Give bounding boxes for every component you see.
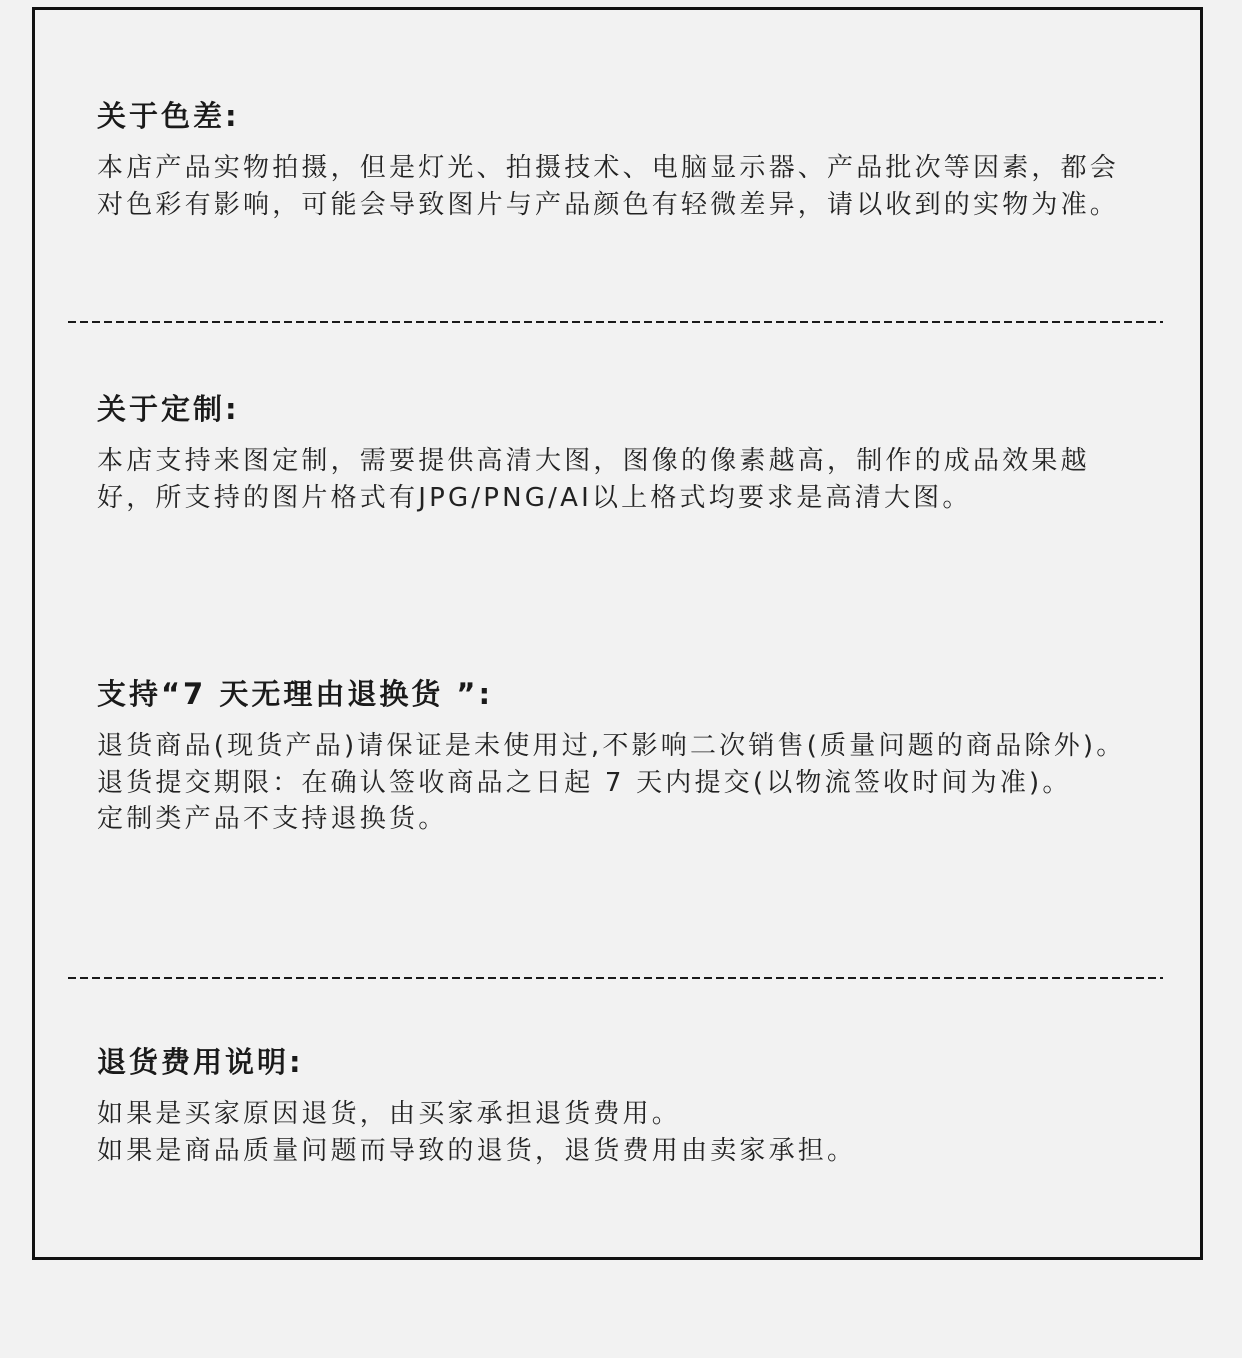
section-body: 如果是买家原因退货，由买家承担退货费用。 如果是商品质量问题而导致的退货，退货费… (97, 1096, 1137, 1169)
paragraph: 本店产品实物拍摄，但是灯光、拍摄技术、电脑显示器、产品批次等因素，都会对色彩有影… (97, 150, 1137, 223)
section-heading: 退货费用说明: (97, 1044, 1137, 1080)
paragraph: 退货商品(现货产品)请保证是未使用过,不影响二次销售(质量问题的商品除外)。 (97, 728, 1137, 765)
paragraph: 如果是商品质量问题而导致的退货，退货费用由卖家承担。 (97, 1133, 1137, 1170)
section-body: 本店产品实物拍摄，但是灯光、拍摄技术、电脑显示器、产品批次等因素，都会对色彩有影… (97, 150, 1137, 223)
section-heading: 关于定制: (97, 391, 1137, 427)
section-heading: 关于色差: (97, 98, 1137, 134)
section-seven-day-return: 支持“7 天无理由退换货 ”: 退货商品(现货产品)请保证是未使用过,不影响二次… (97, 676, 1137, 838)
section-body: 本店支持来图定制，需要提供高清大图，图像的像素越高，制作的成品效果越好，所支持的… (97, 443, 1137, 516)
paragraph: 如果是买家原因退货，由买家承担退货费用。 (97, 1096, 1137, 1133)
section-heading: 支持“7 天无理由退换货 ”: (97, 676, 1137, 712)
paragraph: 退货提交期限：在确认签收商品之日起 7 天内提交(以物流签收时间为准)。 (97, 765, 1137, 802)
paragraph: 定制类产品不支持退换货。 (97, 801, 1137, 838)
section-customization: 关于定制: 本店支持来图定制，需要提供高清大图，图像的像素越高，制作的成品效果越… (97, 391, 1137, 516)
dashed-divider (68, 321, 1163, 323)
paragraph: 本店支持来图定制，需要提供高清大图，图像的像素越高，制作的成品效果越好，所支持的… (97, 443, 1137, 516)
section-body: 退货商品(现货产品)请保证是未使用过,不影响二次销售(质量问题的商品除外)。 退… (97, 728, 1137, 838)
dashed-divider (68, 977, 1163, 979)
section-color-difference: 关于色差: 本店产品实物拍摄，但是灯光、拍摄技术、电脑显示器、产品批次等因素，都… (97, 98, 1137, 223)
policy-frame: 关于色差: 本店产品实物拍摄，但是灯光、拍摄技术、电脑显示器、产品批次等因素，都… (32, 7, 1203, 1260)
section-return-fees: 退货费用说明: 如果是买家原因退货，由买家承担退货费用。 如果是商品质量问题而导… (97, 1044, 1137, 1169)
